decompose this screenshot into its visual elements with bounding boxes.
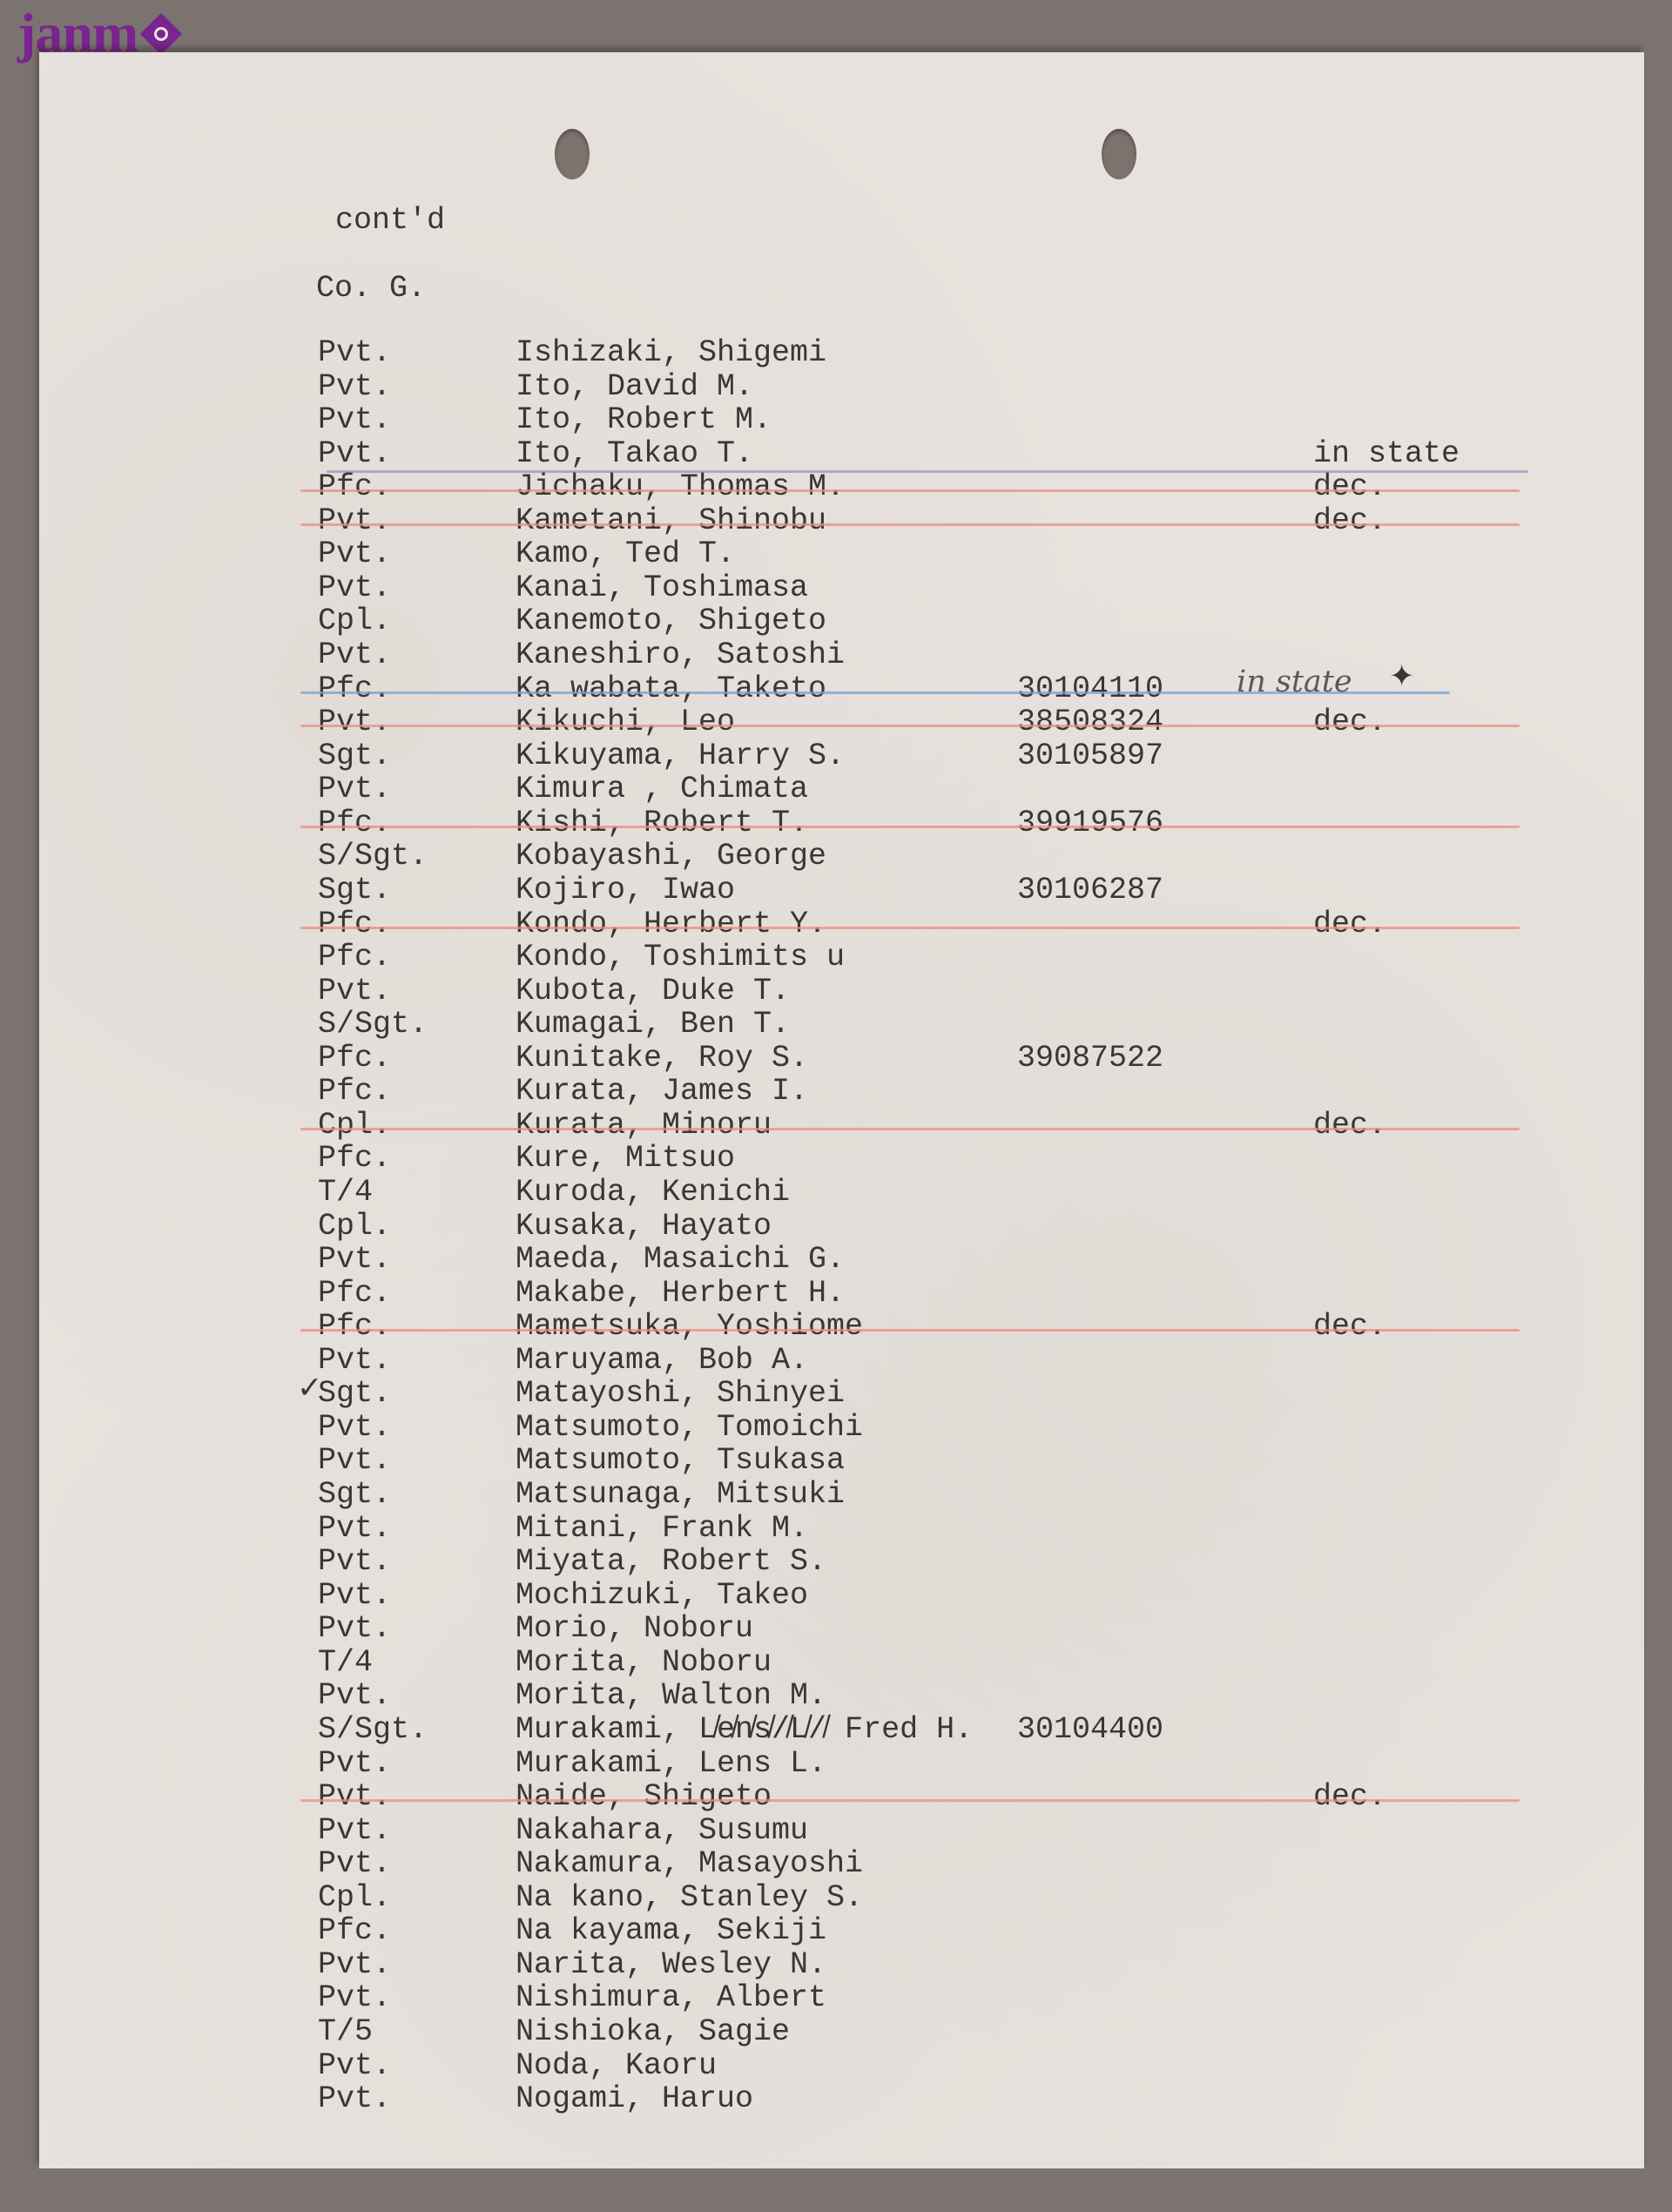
roster-row: Pfc.Kondo, Herbert Y.dec. bbox=[39, 909, 1644, 942]
name-cell: Ito, Robert M. bbox=[516, 405, 772, 435]
logo-text: janm bbox=[17, 10, 138, 56]
name-cell: Murakami, L̸e̸n̸s̸/̸L̸/̸ Fred H. bbox=[516, 1715, 973, 1745]
roster-row: Pfc.Kurata, James I. bbox=[39, 1076, 1644, 1109]
name-cell: Matayoshi, Shinyei bbox=[516, 1379, 845, 1409]
name-cell: Na kano, Stanley S. bbox=[516, 1883, 863, 1913]
roster-row: Pvt.Ito, Robert M. bbox=[39, 405, 1644, 438]
roster-row: Pvt.Matsumoto, Tomoichi bbox=[39, 1413, 1644, 1446]
rank-cell: Pvt. bbox=[318, 1983, 391, 2013]
name-cell: Nogami, Haruo bbox=[516, 2084, 753, 2114]
status-cell: dec. bbox=[1313, 472, 1386, 502]
serial-number: 30106287 bbox=[1017, 875, 1163, 906]
rank-cell: Pfc. bbox=[318, 942, 391, 973]
rank-cell: Pvt. bbox=[318, 573, 391, 604]
name-cell: Kurata, Minoru bbox=[516, 1110, 772, 1141]
rank-cell: Pvt. bbox=[318, 1782, 391, 1812]
roster-row: Pvt.Maeda, Masaichi G. bbox=[39, 1244, 1644, 1278]
rank-cell: S/Sgt. bbox=[318, 1009, 428, 1040]
name-cell: Noda, Kaoru bbox=[516, 2051, 717, 2081]
roster-row: Pvt.Nakamura, Masayoshi bbox=[39, 1849, 1644, 1882]
name-cell: Kojiro, Iwao bbox=[516, 875, 735, 906]
name-cell: Ito, David M. bbox=[516, 372, 753, 402]
rank-cell: Pvt. bbox=[318, 1749, 391, 1779]
punch-hole-left bbox=[555, 129, 590, 179]
roster-row: Pfc.Jichaku, Thomas M.dec. bbox=[39, 472, 1644, 505]
strikethrough-line bbox=[300, 523, 1520, 526]
roster-row: Sgt.Kojiro, Iwao30106287 bbox=[39, 875, 1644, 908]
roster-row: Pfc.Kunitake, Roy S.39087522 bbox=[39, 1043, 1644, 1076]
roster-row: Sgt.Matayoshi, Shinyei✓ bbox=[39, 1379, 1644, 1412]
status-cell: dec. bbox=[1313, 1782, 1386, 1812]
checkmark-icon: ✓ bbox=[297, 1373, 322, 1404]
strikethrough-line bbox=[300, 927, 1520, 929]
roster-row: Pvt.Nakahara, Susumu bbox=[39, 1816, 1644, 1849]
punch-hole-right bbox=[1102, 129, 1136, 179]
continuation-label: cont'd bbox=[335, 206, 445, 236]
rank-cell: Pvt. bbox=[318, 1614, 391, 1644]
document-page: cont'd Co. G. Pvt.Ishizaki, ShigemiPvt.I… bbox=[39, 52, 1644, 2168]
name-cell: Kurata, James I. bbox=[516, 1076, 808, 1107]
roster-row: Sgt.Kikuyama, Harry S.30105897 bbox=[39, 741, 1644, 774]
name-cell: Kanai, Toshimasa bbox=[516, 573, 808, 604]
name-cell: Nishimura, Albert bbox=[516, 1983, 826, 2013]
roster-row: S/Sgt.Kobayashi, George bbox=[39, 841, 1644, 874]
name-cell: Maeda, Masaichi G. bbox=[516, 1244, 845, 1275]
roster-row: Pfc.Kishi, Robert T.39919576 bbox=[39, 808, 1644, 841]
name-cell: Matsunaga, Mitsuki bbox=[516, 1480, 845, 1510]
rank-cell: Cpl. bbox=[318, 1211, 391, 1242]
rank-cell: Pfc. bbox=[318, 808, 391, 839]
roster-row: T/4Kuroda, Kenichi bbox=[39, 1177, 1644, 1211]
name-cell: Mitani, Frank M. bbox=[516, 1514, 808, 1544]
roster-row: Pvt.Narita, Wesley N. bbox=[39, 1950, 1644, 1983]
name-cell: Narita, Wesley N. bbox=[516, 1950, 826, 1980]
rank-cell: Pvt. bbox=[318, 1581, 391, 1611]
ink-mark-icon: ✦ bbox=[1389, 662, 1414, 692]
serial-number: 39919576 bbox=[1017, 808, 1163, 839]
roster-row: Cpl.Kusaka, Hayato bbox=[39, 1211, 1644, 1244]
strikethrough-line bbox=[300, 826, 1520, 828]
name-cell: Mochizuki, Takeo bbox=[516, 1581, 808, 1611]
roster-row: T/5Nishioka, Sagie bbox=[39, 2017, 1644, 2050]
roster-row: Pfc.Mametsuka, Yoshiomedec. bbox=[39, 1312, 1644, 1345]
name-cell: Ito, Takao T. bbox=[516, 439, 753, 469]
name-cell: Kuroda, Kenichi bbox=[516, 1177, 790, 1208]
name-cell: Kikuchi, Leo bbox=[516, 707, 735, 738]
rank-cell: Pvt. bbox=[318, 439, 391, 469]
name-cell: Nakamura, Masayoshi bbox=[516, 1849, 863, 1879]
name-cell: Kanemoto, Shigeto bbox=[516, 606, 826, 637]
roster-row: Pvt.Ito, David M. bbox=[39, 372, 1644, 405]
strikethrough-line bbox=[300, 489, 1520, 492]
rank-cell: Cpl. bbox=[318, 606, 391, 637]
roster-row: Pvt.Mitani, Frank M. bbox=[39, 1514, 1644, 1547]
rank-cell: Pfc. bbox=[318, 1916, 391, 1946]
name-cell: Kure, Mitsuo bbox=[516, 1143, 735, 1174]
roster-row: Cpl.Na kano, Stanley S. bbox=[39, 1883, 1644, 1916]
roster-row: Pfc.Na kayama, Sekiji bbox=[39, 1916, 1644, 1949]
name-cell: Ishizaki, Shigemi bbox=[516, 338, 826, 368]
rank-cell: Pvt. bbox=[318, 2084, 391, 2114]
rank-cell: S/Sgt. bbox=[318, 1715, 428, 1745]
rank-cell: Pfc. bbox=[318, 909, 391, 940]
name-cell: Kumagai, Ben T. bbox=[516, 1009, 790, 1040]
name-cell: Morita, Noboru bbox=[516, 1648, 772, 1678]
rank-cell: Pfc. bbox=[318, 1143, 391, 1174]
roster-row: Pvt.Mochizuki, Takeo bbox=[39, 1581, 1644, 1614]
rank-cell: S/Sgt. bbox=[318, 841, 428, 872]
name-cell: Nishioka, Sagie bbox=[516, 2017, 790, 2047]
name-cell: Murakami, Lens L. bbox=[516, 1749, 826, 1779]
rank-cell: Pvt. bbox=[318, 707, 391, 738]
rank-cell: Cpl. bbox=[318, 1110, 391, 1141]
roster-row: Pvt.Nogami, Haruo bbox=[39, 2084, 1644, 2117]
roster-row: S/Sgt.Kumagai, Ben T. bbox=[39, 1009, 1644, 1042]
name-cell: Kimura , Chimata bbox=[516, 774, 808, 805]
rank-cell: Pvt. bbox=[318, 1514, 391, 1544]
name-cell: Na kayama, Sekiji bbox=[516, 1916, 826, 1946]
roster-row: Cpl.Kurata, Minorudec. bbox=[39, 1110, 1644, 1143]
janm-logo: janm bbox=[17, 10, 176, 56]
name-cell: Kishi, Robert T. bbox=[516, 808, 808, 839]
name-cell: Kametani, Shinobu bbox=[516, 506, 826, 536]
roster-row: Sgt.Matsunaga, Mitsuki bbox=[39, 1480, 1644, 1513]
name-cell: Mametsuka, Yoshiome bbox=[516, 1312, 863, 1342]
status-cell: in state bbox=[1313, 439, 1460, 469]
roster-row: Cpl.Kanemoto, Shigeto bbox=[39, 606, 1644, 639]
strikethrough-line bbox=[300, 725, 1520, 727]
serial-number: 30105897 bbox=[1017, 741, 1163, 772]
serial-number: 30104110 bbox=[1017, 674, 1163, 705]
rank-cell: Pfc. bbox=[318, 1278, 391, 1309]
name-cell: Kikuyama, Harry S. bbox=[516, 741, 845, 772]
rank-cell: Pvt. bbox=[318, 640, 391, 671]
rank-cell: Sgt. bbox=[318, 741, 391, 772]
name-cell: Naide, Shigeto bbox=[516, 1782, 772, 1812]
name-cell: Kusaka, Hayato bbox=[516, 1211, 772, 1242]
name-cell: Morita, Walton M. bbox=[516, 1681, 826, 1711]
rank-cell: T/4 bbox=[318, 1177, 373, 1208]
rank-cell: Pvt. bbox=[318, 1244, 391, 1275]
handwritten-note: in state bbox=[1237, 667, 1352, 698]
name-cell: Matsumoto, Tomoichi bbox=[516, 1413, 863, 1443]
name-cell: Morio, Noboru bbox=[516, 1614, 753, 1644]
rank-cell: Pvt. bbox=[318, 1547, 391, 1577]
rank-cell: Pvt. bbox=[318, 1681, 391, 1711]
rank-cell: Pvt. bbox=[318, 774, 391, 805]
strikethrough-line bbox=[300, 1799, 1520, 1802]
name-cell: Maruyama, Bob A. bbox=[516, 1345, 808, 1376]
serial-number: 39087522 bbox=[1017, 1043, 1163, 1074]
rank-cell: Pfc. bbox=[318, 1076, 391, 1107]
status-cell: dec. bbox=[1313, 707, 1386, 738]
rank-cell: Pvt. bbox=[318, 539, 391, 570]
rank-cell: Pvt. bbox=[318, 372, 391, 402]
rank-cell: Pfc. bbox=[318, 1312, 391, 1342]
strikethrough-line bbox=[300, 1329, 1520, 1332]
roster-row: Pvt.Murakami, Lens L. bbox=[39, 1749, 1644, 1782]
roster-row: Pvt.Noda, Kaoru bbox=[39, 2051, 1644, 2084]
roster-row: S/Sgt.Murakami, L̸e̸n̸s̸/̸L̸/̸ Fred H.30… bbox=[39, 1715, 1644, 1748]
roster-row: Pvt.Ishizaki, Shigemi bbox=[39, 338, 1644, 371]
roster-row: Pvt.Kanai, Toshimasa bbox=[39, 573, 1644, 606]
rank-cell: Sgt. bbox=[318, 875, 391, 906]
name-cell: Ka wabata, Taketo bbox=[516, 674, 826, 705]
roster-row: Pvt.Miyata, Robert S. bbox=[39, 1547, 1644, 1580]
rank-cell: T/5 bbox=[318, 2017, 373, 2047]
name-cell: Kubota, Duke T. bbox=[516, 976, 790, 1007]
name-cell: Kondo, Herbert Y. bbox=[516, 909, 826, 940]
janm-diamond-icon bbox=[140, 13, 182, 55]
rank-cell: Pvt. bbox=[318, 1849, 391, 1879]
roster-row: Pvt.Kimura , Chimata bbox=[39, 774, 1644, 807]
rank-cell: Pvt. bbox=[318, 338, 391, 368]
roster-row: Pvt.Kikuchi, Leo38508324dec. bbox=[39, 707, 1644, 740]
strikethrough-line bbox=[300, 1128, 1520, 1130]
name-cell: Jichaku, Thomas M. bbox=[516, 472, 845, 502]
roster-row: Pfc.Kondo, Toshimits u bbox=[39, 942, 1644, 975]
name-cell: Kunitake, Roy S. bbox=[516, 1043, 808, 1074]
name-cell: Kaneshiro, Satoshi bbox=[516, 640, 845, 671]
rank-cell: Pvt. bbox=[318, 405, 391, 435]
roster-row: Pvt.Kamo, Ted T. bbox=[39, 539, 1644, 572]
rank-cell: Pvt. bbox=[318, 1345, 391, 1376]
rank-cell: Sgt. bbox=[318, 1480, 391, 1510]
name-cell: Kamo, Ted T. bbox=[516, 539, 735, 570]
roster-row: Pvt.Kubota, Duke T. bbox=[39, 976, 1644, 1009]
rank-cell: T/4 bbox=[318, 1648, 373, 1678]
status-cell: dec. bbox=[1313, 909, 1386, 940]
name-cell: Matsumoto, Tsukasa bbox=[516, 1446, 845, 1476]
roster-row: Pvt.Nishimura, Albert bbox=[39, 1983, 1644, 2016]
roster-row: Pfc.Makabe, Herbert H. bbox=[39, 1278, 1644, 1312]
name-cell: Kondo, Toshimits u bbox=[516, 942, 845, 973]
rank-cell: Cpl. bbox=[318, 1883, 391, 1913]
rank-cell: Pvt. bbox=[318, 1413, 391, 1443]
roster-row: Pvt.Matsumoto, Tsukasa bbox=[39, 1446, 1644, 1479]
status-cell: dec. bbox=[1313, 1110, 1386, 1141]
roster-row: Pfc.Ka wabata, Taketo30104110in state✦ bbox=[39, 674, 1644, 707]
company-heading: Co. G. bbox=[316, 273, 426, 304]
roster-row: Pvt.Morita, Walton M. bbox=[39, 1681, 1644, 1714]
roster-row: Pvt.Maruyama, Bob A. bbox=[39, 1345, 1644, 1379]
rank-cell: Pfc. bbox=[318, 674, 391, 705]
status-cell: dec. bbox=[1313, 506, 1386, 536]
serial-number: 38508324 bbox=[1017, 707, 1163, 738]
rank-cell: Pvt. bbox=[318, 2051, 391, 2081]
name-cell: Kobayashi, George bbox=[516, 841, 826, 872]
roster-row: Pfc.Kure, Mitsuo bbox=[39, 1143, 1644, 1177]
roster-row: Pvt.Morio, Noboru bbox=[39, 1614, 1644, 1647]
name-cell: Nakahara, Susumu bbox=[516, 1816, 808, 1846]
rank-cell: Pvt. bbox=[318, 976, 391, 1007]
roster-row: Pvt.Kametani, Shinobudec. bbox=[39, 506, 1644, 539]
serial-number: 30104400 bbox=[1017, 1715, 1163, 1745]
rank-cell: Pfc. bbox=[318, 1043, 391, 1074]
name-cell: Makabe, Herbert H. bbox=[516, 1278, 845, 1309]
name-cell: Miyata, Robert S. bbox=[516, 1547, 826, 1577]
status-cell: dec. bbox=[1313, 1312, 1386, 1342]
rank-cell: Pvt. bbox=[318, 1950, 391, 1980]
rank-cell: Pvt. bbox=[318, 1446, 391, 1476]
roster-row: T/4Morita, Noboru bbox=[39, 1648, 1644, 1681]
roster-row: Pvt.Naide, Shigetodec. bbox=[39, 1782, 1644, 1815]
rank-cell: Pvt. bbox=[318, 1816, 391, 1846]
rank-cell: Sgt. bbox=[318, 1379, 391, 1409]
rank-cell: Pvt. bbox=[318, 506, 391, 536]
roster-row: Pvt.Ito, Takao T.in state bbox=[39, 439, 1644, 472]
rank-cell: Pfc. bbox=[318, 472, 391, 502]
